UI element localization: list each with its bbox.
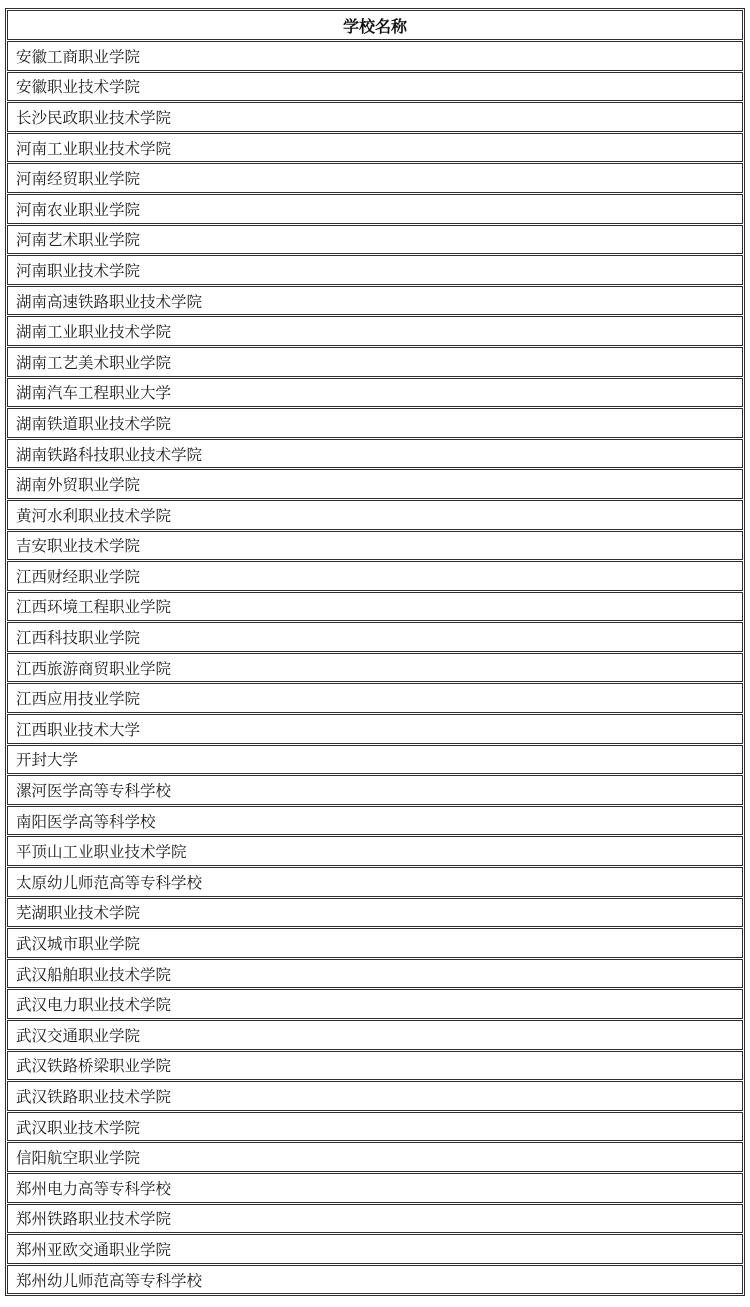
school-name-cell: 武汉铁路桥梁职业学院	[7, 1051, 743, 1081]
table-row: 武汉铁路桥梁职业学院	[7, 1051, 743, 1081]
table-row: 江西应用技业学院	[7, 683, 743, 713]
school-name-cell: 湖南工艺美术职业学院	[7, 347, 743, 377]
school-name-cell: 湖南铁路科技职业技术学院	[7, 439, 743, 469]
school-name-cell: 武汉职业技术学院	[7, 1112, 743, 1142]
school-name-cell: 武汉交通职业学院	[7, 1020, 743, 1050]
school-name-cell: 江西应用技业学院	[7, 683, 743, 713]
table-row: 湖南工业职业技术学院	[7, 316, 743, 346]
school-name-cell: 河南经贸职业学院	[7, 163, 743, 193]
table-row: 湖南外贸职业学院	[7, 469, 743, 499]
school-name-cell: 湖南工业职业技术学院	[7, 316, 743, 346]
table-row: 河南职业技术学院	[7, 255, 743, 285]
table-row: 郑州铁路职业技术学院	[7, 1204, 743, 1234]
table-row: 太原幼儿师范高等专科学校	[7, 867, 743, 897]
school-name-column-header: 学校名称	[7, 10, 743, 40]
school-name-cell: 江西科技职业学院	[7, 622, 743, 652]
table-row: 湖南高速铁路职业技术学院	[7, 286, 743, 316]
school-name-cell: 河南职业技术学院	[7, 255, 743, 285]
table-row: 郑州电力高等专科学校	[7, 1173, 743, 1203]
table-row: 黄河水利职业技术学院	[7, 500, 743, 530]
table-row: 江西环境工程职业学院	[7, 592, 743, 622]
table-row: 武汉船舶职业技术学院	[7, 959, 743, 989]
school-name-cell: 长沙民政职业技术学院	[7, 102, 743, 132]
table-row: 南阳医学高等科学校	[7, 806, 743, 836]
table-row: 河南经贸职业学院	[7, 163, 743, 193]
table-row: 安徽职业技术学院	[7, 72, 743, 102]
school-name-cell: 郑州电力高等专科学校	[7, 1173, 743, 1203]
school-name-cell: 江西环境工程职业学院	[7, 592, 743, 622]
school-name-cell: 黄河水利职业技术学院	[7, 500, 743, 530]
school-name-cell: 湖南高速铁路职业技术学院	[7, 286, 743, 316]
school-name-cell: 江西旅游商贸职业学院	[7, 653, 743, 683]
school-name-cell: 武汉城市职业学院	[7, 928, 743, 958]
table-row: 江西旅游商贸职业学院	[7, 653, 743, 683]
school-name-cell: 安徽工商职业学院	[7, 41, 743, 71]
school-name-cell: 湖南铁道职业技术学院	[7, 408, 743, 438]
table-row: 河南农业职业学院	[7, 194, 743, 224]
table-head: 学校名称	[7, 10, 743, 40]
school-name-cell: 武汉船舶职业技术学院	[7, 959, 743, 989]
table-row: 江西职业技术大学	[7, 714, 743, 744]
table-row: 湖南铁道职业技术学院	[7, 408, 743, 438]
school-name-cell: 江西财经职业学院	[7, 561, 743, 591]
school-name-cell: 河南工业职业技术学院	[7, 133, 743, 163]
school-name-cell: 武汉电力职业技术学院	[7, 989, 743, 1019]
table-row: 芜湖职业技术学院	[7, 898, 743, 928]
school-name-table: 学校名称 安徽工商职业学院安徽职业技术学院长沙民政职业技术学院河南工业职业技术学…	[5, 8, 745, 1296]
school-name-cell: 河南艺术职业学院	[7, 225, 743, 255]
school-name-cell: 开封大学	[7, 745, 743, 775]
table-row: 武汉城市职业学院	[7, 928, 743, 958]
school-name-cell: 郑州幼儿师范高等专科学校	[7, 1265, 743, 1295]
page: 学校名称 安徽工商职业学院安徽职业技术学院长沙民政职业技术学院河南工业职业技术学…	[0, 0, 750, 1306]
school-name-cell: 漯河医学高等专科学校	[7, 775, 743, 805]
table-row: 安徽工商职业学院	[7, 41, 743, 71]
table-row: 平顶山工业职业技术学院	[7, 836, 743, 866]
table-row: 吉安职业技术学院	[7, 531, 743, 561]
school-name-cell: 郑州铁路职业技术学院	[7, 1204, 743, 1234]
header-row: 学校名称	[7, 10, 743, 40]
school-name-cell: 南阳医学高等科学校	[7, 806, 743, 836]
table-row: 郑州幼儿师范高等专科学校	[7, 1265, 743, 1295]
school-name-cell: 湖南外贸职业学院	[7, 469, 743, 499]
school-name-cell: 芜湖职业技术学院	[7, 898, 743, 928]
school-name-cell: 安徽职业技术学院	[7, 72, 743, 102]
table-row: 湖南汽车工程职业大学	[7, 378, 743, 408]
school-name-cell: 江西职业技术大学	[7, 714, 743, 744]
table-row: 武汉职业技术学院	[7, 1112, 743, 1142]
table-row: 河南工业职业技术学院	[7, 133, 743, 163]
table-row: 江西财经职业学院	[7, 561, 743, 591]
table-row: 湖南铁路科技职业技术学院	[7, 439, 743, 469]
table-row: 信阳航空职业学院	[7, 1142, 743, 1172]
school-name-cell: 武汉铁路职业技术学院	[7, 1081, 743, 1111]
school-name-cell: 平顶山工业职业技术学院	[7, 836, 743, 866]
table-row: 郑州亚欧交通职业学院	[7, 1234, 743, 1264]
table-row: 江西科技职业学院	[7, 622, 743, 652]
school-name-cell: 河南农业职业学院	[7, 194, 743, 224]
school-name-cell: 吉安职业技术学院	[7, 531, 743, 561]
table-body: 安徽工商职业学院安徽职业技术学院长沙民政职业技术学院河南工业职业技术学院河南经贸…	[7, 41, 743, 1294]
school-name-cell: 郑州亚欧交通职业学院	[7, 1234, 743, 1264]
table-row: 武汉电力职业技术学院	[7, 989, 743, 1019]
school-name-cell: 湖南汽车工程职业大学	[7, 378, 743, 408]
table-row: 湖南工艺美术职业学院	[7, 347, 743, 377]
school-name-cell: 信阳航空职业学院	[7, 1142, 743, 1172]
table-row: 河南艺术职业学院	[7, 225, 743, 255]
table-row: 武汉交通职业学院	[7, 1020, 743, 1050]
table-row: 长沙民政职业技术学院	[7, 102, 743, 132]
table-row: 开封大学	[7, 745, 743, 775]
school-name-cell: 太原幼儿师范高等专科学校	[7, 867, 743, 897]
table-row: 武汉铁路职业技术学院	[7, 1081, 743, 1111]
table-row: 漯河医学高等专科学校	[7, 775, 743, 805]
